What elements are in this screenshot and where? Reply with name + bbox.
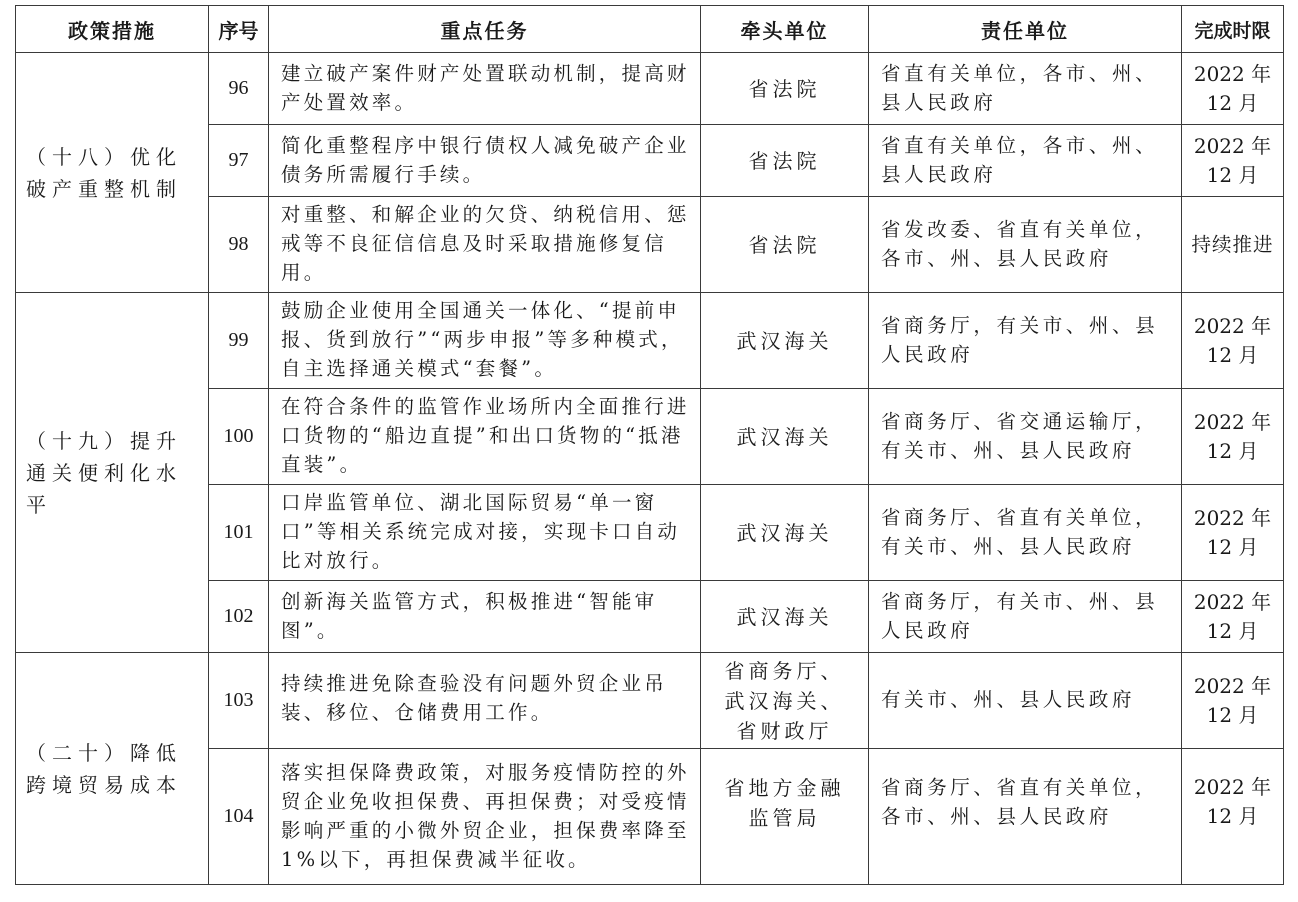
header-task: 重点任务 [269,6,701,53]
deadline-year: 2022 年 [1182,773,1283,802]
responsible-units-cell: 省商务厅，有关市、州、县人民政府 [869,581,1182,653]
task-cell: 建立破产案件财产处置联动机制，提高财产处置效率。 [269,53,701,125]
deadline-month: 12 月 [1182,89,1283,118]
lead-unit-cell: 省商务厅、武汉海关、省财政厅 [701,653,869,749]
deadline-cell: 2022 年12 月 [1182,581,1284,653]
task-cell: 落实担保降费政策，对服务疫情防控的外贸企业免收担保费、再担保费；对受疫情影响严重… [269,749,701,885]
responsible-units-cell: 有关市、州、县人民政府 [869,653,1182,749]
deadline-month: 12 月 [1182,802,1283,831]
deadline-cell: 2022 年12 月 [1182,485,1284,581]
category-cell: （十九）提升通关便利化水平 [16,293,209,653]
task-cell: 创新海关监管方式，积极推进“智能审图”。 [269,581,701,653]
lead-unit-cell: 武汉海关 [701,293,869,389]
responsible-units-cell: 省商务厅、省直有关单位，各市、州、县人民政府 [869,749,1182,885]
deadline-month: 12 月 [1182,617,1283,646]
deadline-cell: 2022 年12 月 [1182,293,1284,389]
header-lead-unit: 牵头单位 [701,6,869,53]
row-number: 97 [209,125,269,197]
row-number: 103 [209,653,269,749]
policy-task-table: 政策措施 序号 重点任务 牵头单位 责任单位 完成时限 （十八）优化破产重整机制… [15,5,1284,885]
deadline-cell: 2022 年12 月 [1182,125,1284,197]
responsible-units-cell: 省商务厅、省交通运输厅，有关市、州、县人民政府 [869,389,1182,485]
row-number: 100 [209,389,269,485]
deadline-month: 12 月 [1182,161,1283,190]
deadline-month: 12 月 [1182,533,1283,562]
lead-unit-cell: 省法院 [701,125,869,197]
task-cell: 口岸监管单位、湖北国际贸易“单一窗口”等相关系统完成对接，实现卡口自动比对放行。 [269,485,701,581]
deadline-year: 2022 年 [1182,504,1283,533]
deadline-cell: 2022 年12 月 [1182,53,1284,125]
lead-unit-cell: 省地方金融监管局 [701,749,869,885]
task-cell: 简化重整程序中银行债权人减免破产企业债务所需履行手续。 [269,125,701,197]
table-row: （二十）降低跨境贸易成本 103 持续推进免除查验没有问题外贸企业吊装、移位、仓… [16,653,1284,749]
responsible-units-cell: 省商务厅，有关市、州、县人民政府 [869,293,1182,389]
deadline-year: 2022 年 [1182,132,1283,161]
deadline-month: 12 月 [1182,341,1283,370]
deadline-month: 12 月 [1182,437,1283,466]
row-number: 102 [209,581,269,653]
header-deadline: 完成时限 [1182,6,1284,53]
row-number: 96 [209,53,269,125]
deadline-year: 2022 年 [1182,312,1283,341]
responsible-units-cell: 省直有关单位，各市、州、县人民政府 [869,125,1182,197]
task-cell: 持续推进免除查验没有问题外贸企业吊装、移位、仓储费用工作。 [269,653,701,749]
lead-unit-cell: 武汉海关 [701,389,869,485]
row-number: 99 [209,293,269,389]
table-row: （十九）提升通关便利化水平 99 鼓励企业使用全国通关一体化、“提前申报、货到放… [16,293,1284,389]
deadline-year: 2022 年 [1182,408,1283,437]
deadline-month: 12 月 [1182,701,1283,730]
responsible-units-cell: 省直有关单位，各市、州、县人民政府 [869,53,1182,125]
deadline-year: 2022 年 [1182,60,1283,89]
table-header-row: 政策措施 序号 重点任务 牵头单位 责任单位 完成时限 [16,6,1284,53]
header-number: 序号 [209,6,269,53]
deadline-cell: 2022 年12 月 [1182,653,1284,749]
deadline-cell: 持续推进 [1182,197,1284,293]
row-number: 98 [209,197,269,293]
header-category: 政策措施 [16,6,209,53]
task-cell: 在符合条件的监管作业场所内全面推行进口货物的“船边直提”和出口货物的“抵港直装”… [269,389,701,485]
lead-unit-cell: 武汉海关 [701,581,869,653]
header-responsible-units: 责任单位 [869,6,1182,53]
responsible-units-cell: 省商务厅、省直有关单位，有关市、州、县人民政府 [869,485,1182,581]
lead-unit-cell: 省法院 [701,197,869,293]
task-cell: 鼓励企业使用全国通关一体化、“提前申报、货到放行”“两步申报”等多种模式，自主选… [269,293,701,389]
table-row: （十八）优化破产重整机制 96 建立破产案件财产处置联动机制，提高财产处置效率。… [16,53,1284,125]
row-number: 101 [209,485,269,581]
category-cell: （二十）降低跨境贸易成本 [16,653,209,885]
lead-unit-cell: 武汉海关 [701,485,869,581]
category-cell: （十八）优化破产重整机制 [16,53,209,293]
lead-unit-cell: 省法院 [701,53,869,125]
row-number: 104 [209,749,269,885]
responsible-units-cell: 省发改委、省直有关单位，各市、州、县人民政府 [869,197,1182,293]
deadline-year: 2022 年 [1182,588,1283,617]
deadline-cell: 2022 年12 月 [1182,749,1284,885]
task-cell: 对重整、和解企业的欠贷、纳税信用、惩戒等不良征信信息及时采取措施修复信用。 [269,197,701,293]
deadline-cell: 2022 年12 月 [1182,389,1284,485]
deadline-year: 2022 年 [1182,672,1283,701]
